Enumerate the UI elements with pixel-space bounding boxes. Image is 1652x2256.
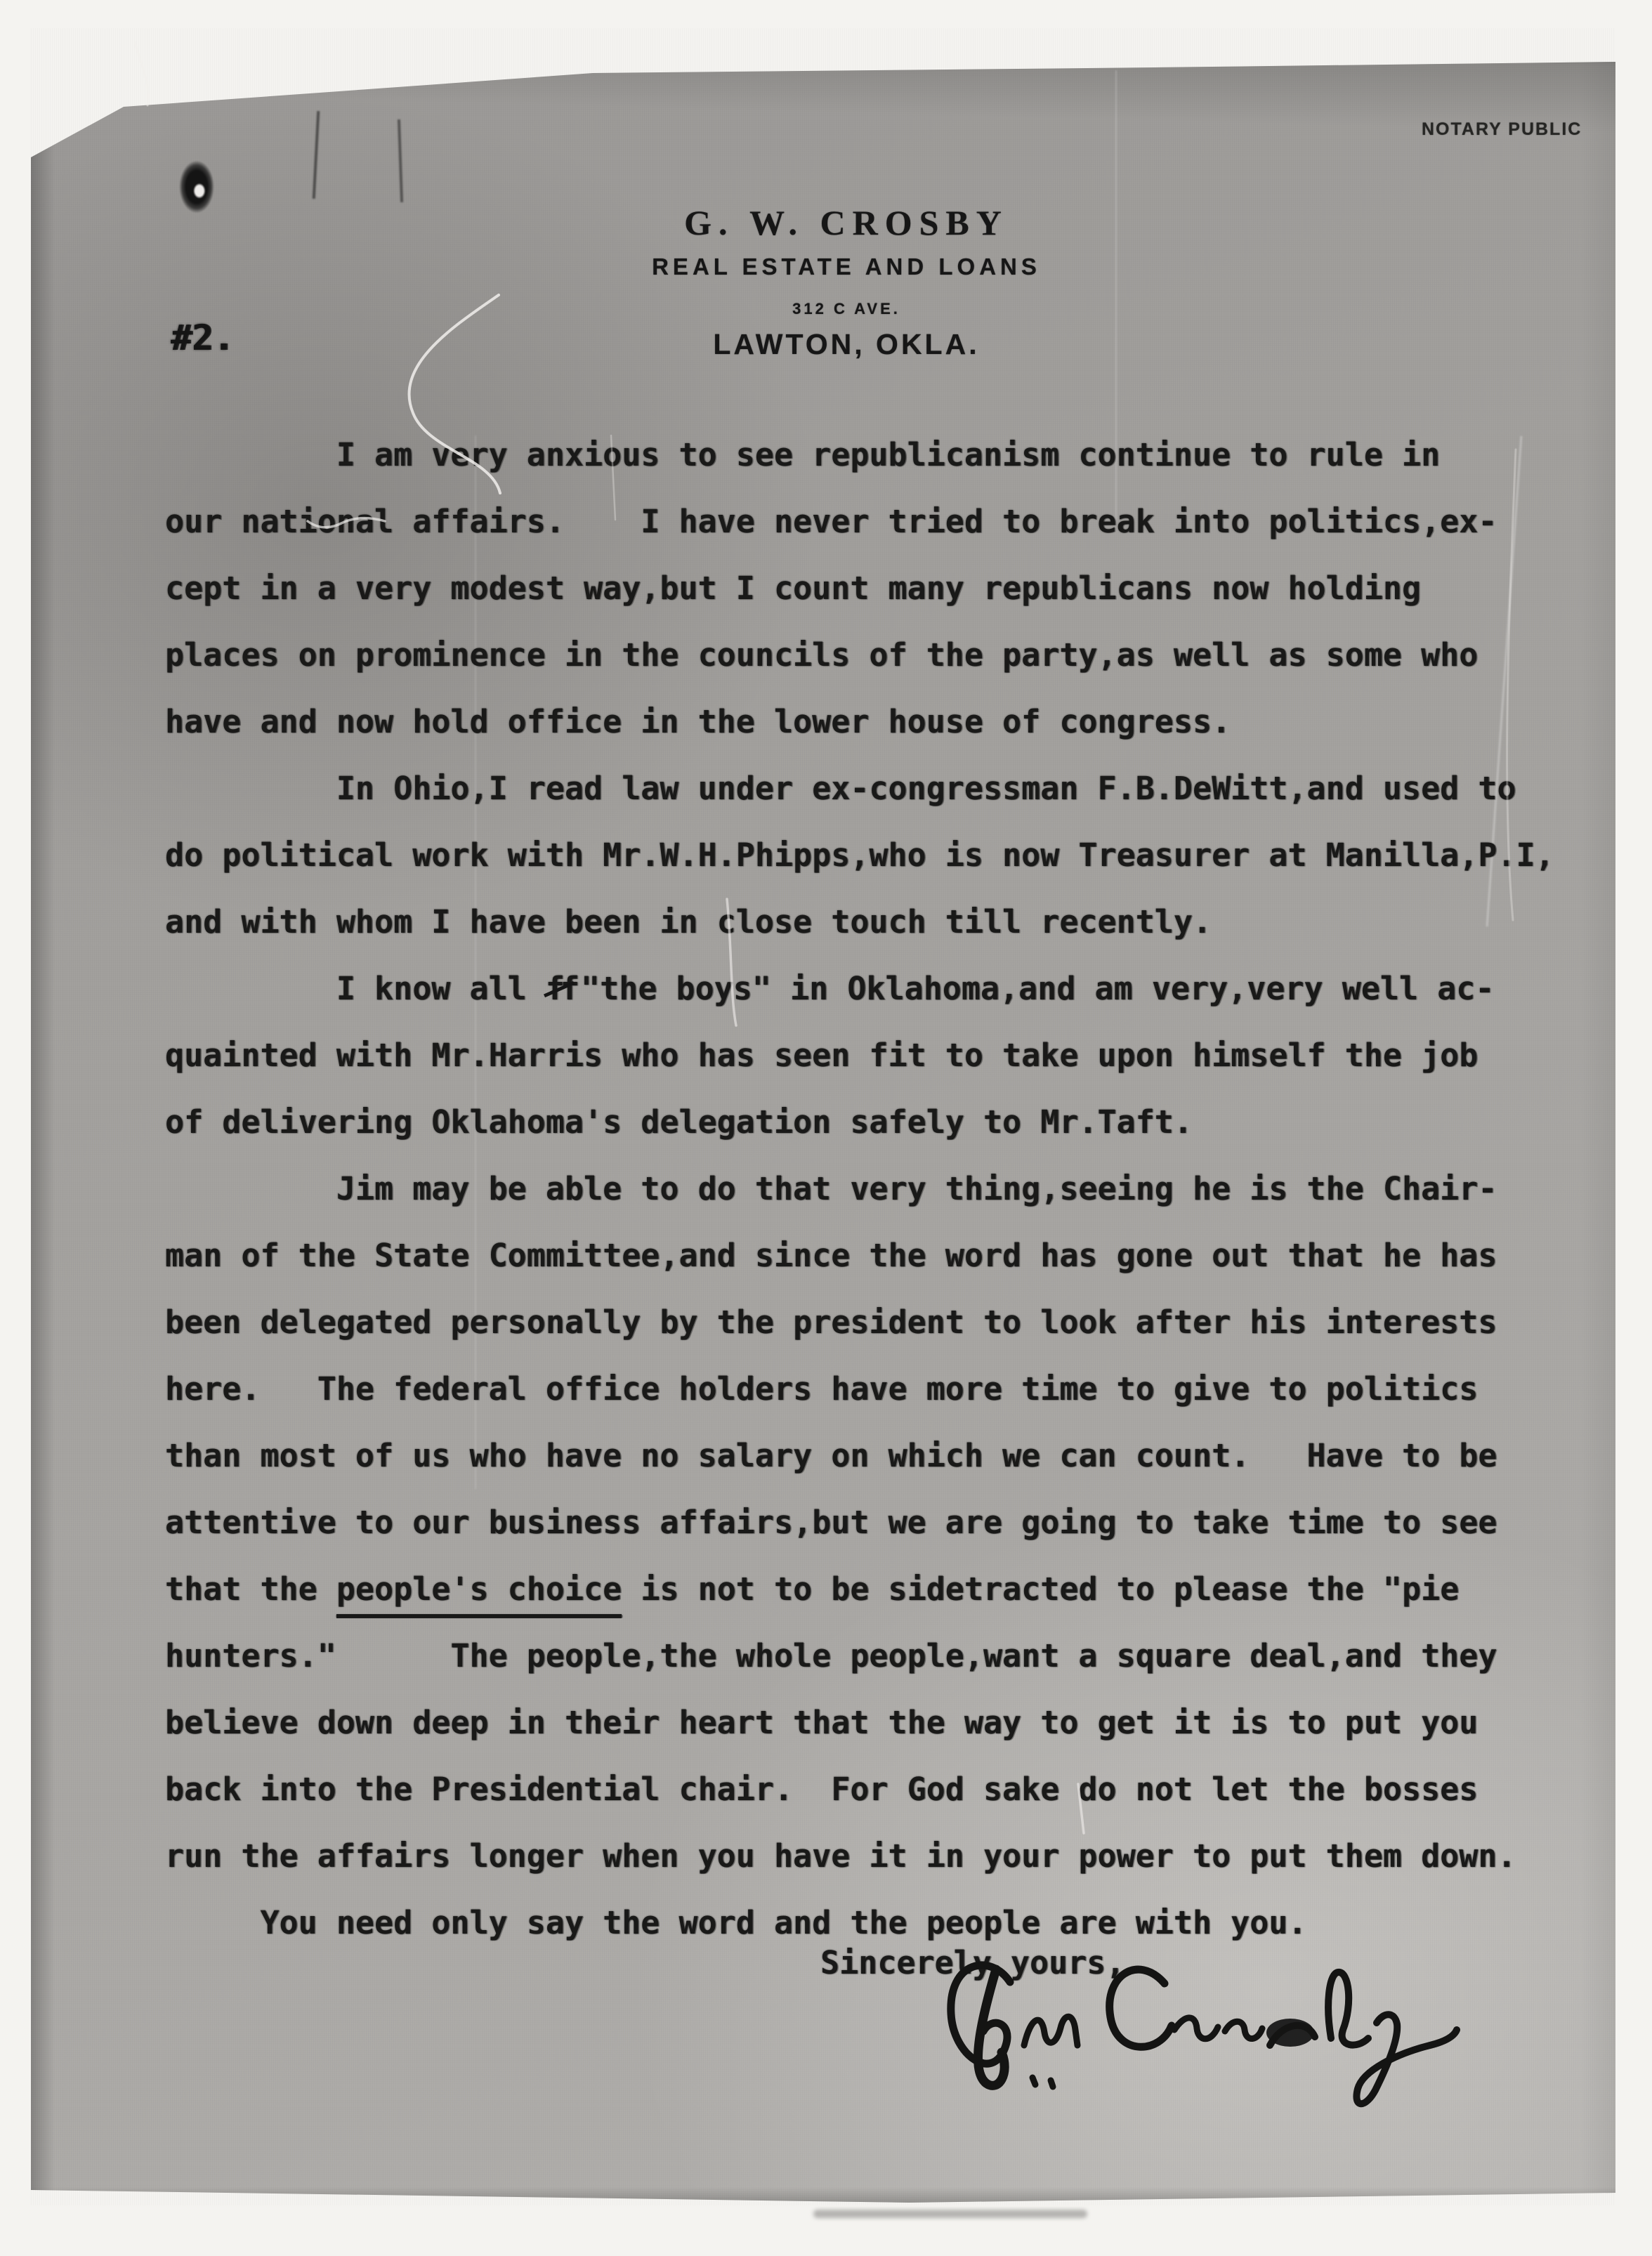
- letter-line: of delivering Oklahoma's delegation safe…: [165, 1089, 1542, 1155]
- letter-line: Jim may be able to do that very thing,se…: [165, 1155, 1542, 1222]
- letter-line: places on prominence in the councils of …: [165, 622, 1542, 688]
- letter-line: have and now hold office in the lower ho…: [165, 688, 1542, 755]
- letter-line: back into the Presidential chair. For Go…: [165, 1756, 1542, 1823]
- letterhead-name: G. W. CROSBY: [652, 202, 1041, 243]
- letter-line: I am very anxious to see republicanism c…: [165, 421, 1542, 488]
- page-number-mark: #2.: [171, 317, 234, 358]
- letter-line: our national affairs. I have never tried…: [165, 488, 1542, 555]
- letter-line: than most of us who have no salary on wh…: [165, 1422, 1542, 1489]
- letter-line: believe down deep in their heart that th…: [165, 1689, 1542, 1756]
- letterhead-address: 312 C AVE.: [652, 300, 1041, 318]
- letter-line: attentive to our business affairs,but we…: [165, 1489, 1542, 1556]
- letter-line: run the affairs longer when you have it …: [165, 1823, 1542, 1889]
- letter-line: do political work with Mr.W.H.Phipps,who…: [165, 822, 1542, 888]
- handwritten-signature: [927, 1940, 1461, 2109]
- letter-line: that the people's choice is not to be si…: [165, 1556, 1542, 1622]
- letterhead-city: LAWTON, OKLA.: [652, 328, 1041, 361]
- ink-blot: [174, 153, 219, 221]
- letter-line: man of the State Committee,and since the…: [165, 1222, 1542, 1289]
- letter-line: quainted with Mr.Harris who has seen fit…: [165, 1022, 1542, 1089]
- letterhead-business: REAL ESTATE AND LOANS: [652, 254, 1041, 280]
- letter-body: I am very anxious to see republicanism c…: [165, 421, 1542, 1956]
- letter-line: been delegated personally by the preside…: [165, 1289, 1542, 1356]
- letter-line: I know all ff"the boys" in Oklahoma,and …: [165, 955, 1542, 1022]
- letter-line: hunters." The people,the whole people,wa…: [165, 1622, 1542, 1689]
- letterhead: G. W. CROSBY REAL ESTATE AND LOANS 312 C…: [652, 202, 1041, 361]
- notary-public-stamp: NOTARY PUBLIC: [1422, 119, 1582, 140]
- letter-line: In Ohio,I read law under ex-congressman …: [165, 755, 1542, 822]
- letter-line: and with whom I have been in close touch…: [165, 888, 1542, 955]
- letter-line: here. The federal office holders have mo…: [165, 1356, 1542, 1422]
- scan-smudge: [813, 2210, 1087, 2218]
- letter-line: cept in a very modest way,but I count ma…: [165, 555, 1542, 622]
